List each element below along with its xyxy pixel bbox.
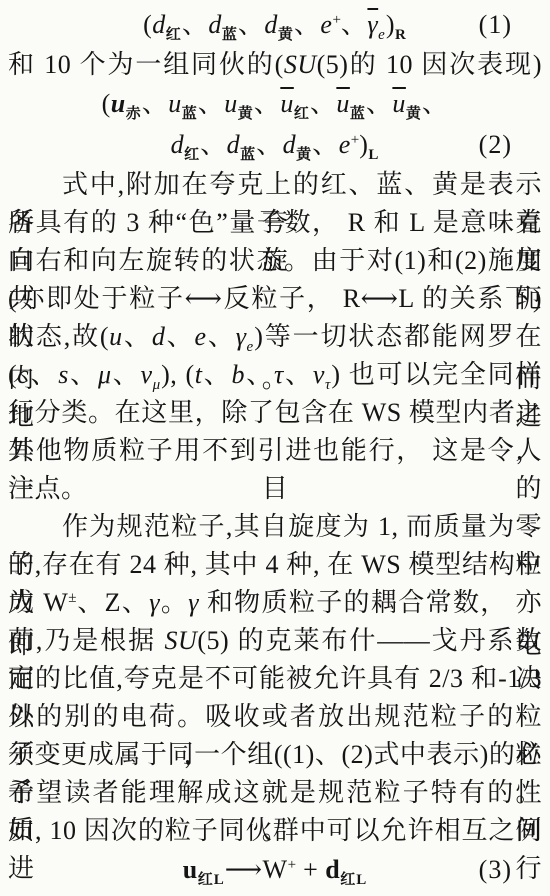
- text-run: ⟶: [225, 855, 263, 884]
- text-run: 红: [198, 872, 213, 888]
- text-run: 蓝: [350, 106, 365, 122]
- text-line: 式中,附加在夸克上的红、蓝、黄是表示各夸克: [8, 166, 542, 204]
- text-run: (5)的 10 因次表现): [317, 50, 542, 79]
- text-line: 外的别的电荷。吸收或者放出规范粒子的粒子， 必: [8, 698, 542, 736]
- text-run: 红: [340, 872, 355, 888]
- formula-line: u红L⟶W+ + d红L(3): [8, 850, 542, 890]
- text-run: 、: [29, 360, 58, 389]
- text-run: 、: [69, 360, 98, 389]
- text-line: 状态,故(u、d、e、γe)等一切状态都能网罗在内。而: [8, 318, 542, 356]
- text-run: c: [17, 360, 29, 389]
- text-run: +: [351, 132, 359, 148]
- text-run: 为 W: [8, 588, 68, 617]
- text-run: 、: [202, 360, 231, 389]
- text-line: 子,存在有 24 种, 其中 4 种, 在 WS 模型结构中成: [8, 546, 542, 584]
- text-run: d: [264, 10, 278, 39]
- text-run: 、: [123, 322, 152, 351]
- text-run: 蓝: [222, 27, 237, 43]
- text-run: 黄: [296, 147, 311, 163]
- text-run: e: [339, 130, 351, 159]
- text-run: d: [152, 10, 166, 39]
- text-run: L: [356, 872, 366, 888]
- text-run: e: [247, 339, 254, 355]
- text-run: u: [224, 89, 238, 118]
- text-run: ν: [141, 360, 153, 389]
- text-line: 为 W±、Z、γ。γ 和物质粒子的耦合常数， 亦即电: [8, 584, 542, 622]
- text-run: τ: [274, 360, 284, 389]
- text-line: 作为规范粒子,其自旋度为 1, 而质量为零的粒: [8, 508, 542, 546]
- text-line: 行分类。在这里，除了包含在 WS 模型内者之外，: [8, 394, 542, 432]
- text-run: d: [171, 130, 185, 159]
- text-run: 状态,故(: [8, 322, 109, 351]
- text-run: 、: [165, 322, 194, 351]
- text-run: 黄: [238, 106, 253, 122]
- equation-number: (3): [479, 850, 512, 890]
- equation-number: (1): [479, 4, 512, 46]
- text-run: +: [296, 855, 325, 884]
- text-line: 定的比值,夸克是不可能被允许具有 2/3 和-1/3以: [8, 660, 542, 698]
- document-page: (d红、d蓝、d黄、e+、γe)R(1)和 10 个为一组同伙的(SU(5)的 …: [0, 0, 550, 896]
- text-run: s: [58, 360, 69, 389]
- text-line: 如, 10 因次的粒子同伙群中可以允许相互之间进行: [8, 812, 542, 850]
- text-run: 黄: [278, 27, 293, 43]
- text-run: ν: [313, 360, 325, 389]
- text-run: L: [214, 872, 224, 888]
- text-line: 须变更成属于同一个组((1)、(2)式中表示)的粒子。: [8, 736, 542, 774]
- text-run: 、: [366, 89, 393, 118]
- text-run: 、: [112, 360, 141, 389]
- text-run: 、: [284, 360, 313, 389]
- text-run: +: [288, 857, 296, 873]
- text-run: u: [280, 89, 294, 118]
- text-run: u: [111, 89, 126, 118]
- text-run: 蓝: [240, 147, 255, 163]
- text-run: 、: [207, 322, 236, 351]
- text-run: 、: [256, 130, 283, 159]
- text-run: u: [336, 89, 350, 118]
- text-run: e: [195, 322, 207, 351]
- text-run: 、: [422, 89, 449, 118]
- text-line: 向右和向左旋转的状态。由于对(1)和(2)施加共轭: [8, 242, 542, 280]
- text-run: 红: [184, 147, 199, 163]
- text-run: SU: [284, 50, 317, 79]
- text-run: 黄: [406, 106, 421, 122]
- formula-line: d红、d蓝、d黄、e+)L(2): [8, 124, 542, 166]
- text-run: 红: [166, 27, 181, 43]
- text-run: 蓝: [182, 106, 197, 122]
- text-run: W: [263, 855, 288, 884]
- page-lines: (d红、d蓝、d黄、e+、γe)R(1)和 10 个为一组同伙的(SU(5)的 …: [8, 4, 542, 890]
- text-run: ±: [68, 590, 76, 606]
- text-run: (: [143, 10, 152, 39]
- text-run: 、: [312, 130, 339, 159]
- text-run: γ: [367, 10, 378, 39]
- text-run: 、: [294, 10, 321, 39]
- text-run: 一点。: [8, 474, 88, 503]
- text-run: 、: [310, 89, 337, 118]
- text-run: u: [183, 855, 198, 884]
- equation-number: (2): [479, 124, 512, 166]
- text-line: (亦即处于粒子⟷反粒子， R⟷L 的关系下)的: [8, 280, 542, 318]
- text-run: 、: [341, 10, 368, 39]
- text-run: 赤: [126, 106, 141, 122]
- text-run: 荷,乃是根据: [8, 626, 165, 655]
- text-line: 一点。: [8, 470, 542, 508]
- text-run: 、: [200, 130, 227, 159]
- text-run: γ: [236, 322, 247, 351]
- text-line: 所具有的 3 种“色”量子数， R 和 L 是意味着自旋度: [8, 204, 542, 242]
- text-run: d: [325, 855, 340, 884]
- text-run: 红: [294, 106, 309, 122]
- text-line: 荷,乃是根据 SU(5) 的克莱布什——戈丹系数而决: [8, 622, 542, 660]
- text-run: u: [168, 89, 182, 118]
- text-run: d: [283, 130, 297, 159]
- text-run: e: [320, 10, 332, 39]
- text-run: d: [227, 130, 241, 159]
- text-run: ): [386, 10, 395, 39]
- text-line: (c、s、μ、νμ), (t、b、τ、ντ) 也可以完全同样地进: [8, 356, 542, 394]
- text-run: b: [232, 360, 246, 389]
- text-run: SU: [165, 626, 198, 655]
- text-run: R: [395, 27, 406, 43]
- text-run: 和 10 个为一组同伙的(: [8, 50, 284, 79]
- text-run: 。: [160, 588, 188, 617]
- text-run: 、: [245, 360, 274, 389]
- text-run: γ: [149, 588, 160, 617]
- text-run: (: [102, 89, 111, 118]
- text-run: 、: [182, 10, 209, 39]
- text-run: u: [109, 322, 123, 351]
- text-run: 、: [198, 89, 225, 118]
- text-run: 、: [238, 10, 265, 39]
- text-run: γ: [188, 588, 199, 617]
- text-run: μ: [153, 377, 161, 393]
- text-run: +: [332, 12, 340, 28]
- text-run: d: [208, 10, 222, 39]
- text-run: d: [152, 322, 166, 351]
- text-run: ): [359, 130, 368, 159]
- text-run: 、Z、: [76, 588, 149, 617]
- text-run: μ: [98, 360, 112, 389]
- text-line: 希望读者能理解成这就是规范粒子特有的性质。例: [8, 774, 542, 812]
- text-run: u: [392, 89, 406, 118]
- text-line: 和 10 个为一组同伙的(SU(5)的 10 因次表现): [8, 46, 542, 84]
- formula-line: (u赤、u蓝、u黄、u红、u蓝、u黄、: [8, 84, 542, 124]
- text-run: (: [8, 360, 17, 389]
- text-run: τ: [325, 377, 330, 393]
- text-line: 其他物质粒子用不到引进也能行， 这是令人注目的: [8, 432, 542, 470]
- formula-line: (d红、d蓝、d黄、e+、γe)R(1): [8, 4, 542, 46]
- text-run: e: [378, 27, 385, 43]
- text-run: 、: [254, 89, 281, 118]
- text-run: 、: [142, 89, 169, 118]
- text-run: L: [368, 147, 378, 163]
- text-run: ), (: [161, 360, 195, 389]
